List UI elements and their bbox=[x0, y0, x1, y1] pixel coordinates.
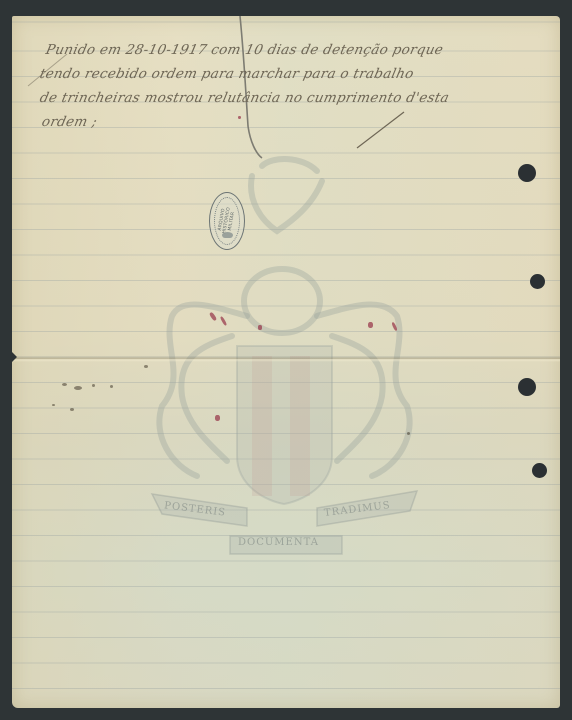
stain-speck bbox=[92, 384, 95, 387]
handwriting-line-2: tendo recebido ordem para marchar para o… bbox=[37, 62, 512, 86]
punch-hole bbox=[532, 463, 547, 478]
stamp-emblem-icon bbox=[222, 232, 233, 238]
document-page: POSTERIS TRADIMUS DOCUMENTA ARQUIVO HIST… bbox=[12, 16, 560, 708]
red-ink-mark bbox=[220, 316, 228, 326]
punch-hole bbox=[518, 164, 536, 182]
handwriting-line-3: de trincheiras mostrou relutância no cum… bbox=[37, 86, 512, 110]
archive-stamp-text: ARQUIVO HISTÓRICO MILITAR bbox=[216, 197, 239, 245]
red-ink-mark bbox=[258, 325, 262, 330]
punch-hole bbox=[518, 378, 536, 396]
handwritten-note: Punido em 28-10-1917 com 10 dias de dete… bbox=[40, 38, 510, 134]
watermark-motto-bottom: DOCUMENTA bbox=[238, 537, 319, 548]
fold-crease bbox=[12, 356, 560, 362]
handwriting-line-4: ordem ; bbox=[37, 110, 512, 134]
stain-speck bbox=[110, 385, 113, 388]
red-ink-mark bbox=[368, 322, 373, 328]
stain-speck bbox=[74, 386, 82, 390]
stain-speck bbox=[407, 432, 410, 435]
fold-notch bbox=[10, 350, 17, 364]
red-ink-mark bbox=[215, 415, 220, 421]
handwriting-line-1: Punido em 28-10-1917 com 10 dias de dete… bbox=[37, 38, 512, 62]
punch-hole bbox=[530, 274, 545, 289]
stain-speck bbox=[70, 408, 74, 411]
watermark-motto-left: POSTERIS bbox=[164, 500, 227, 518]
red-ink-mark bbox=[391, 322, 398, 331]
stain-speck bbox=[62, 383, 67, 386]
red-ink-mark bbox=[209, 312, 217, 322]
stain-speck bbox=[52, 404, 55, 406]
stain-speck bbox=[144, 365, 148, 368]
archive-stamp: ARQUIVO HISTÓRICO MILITAR bbox=[209, 192, 245, 250]
watermark-motto-right: TRADIMUS bbox=[324, 500, 392, 519]
